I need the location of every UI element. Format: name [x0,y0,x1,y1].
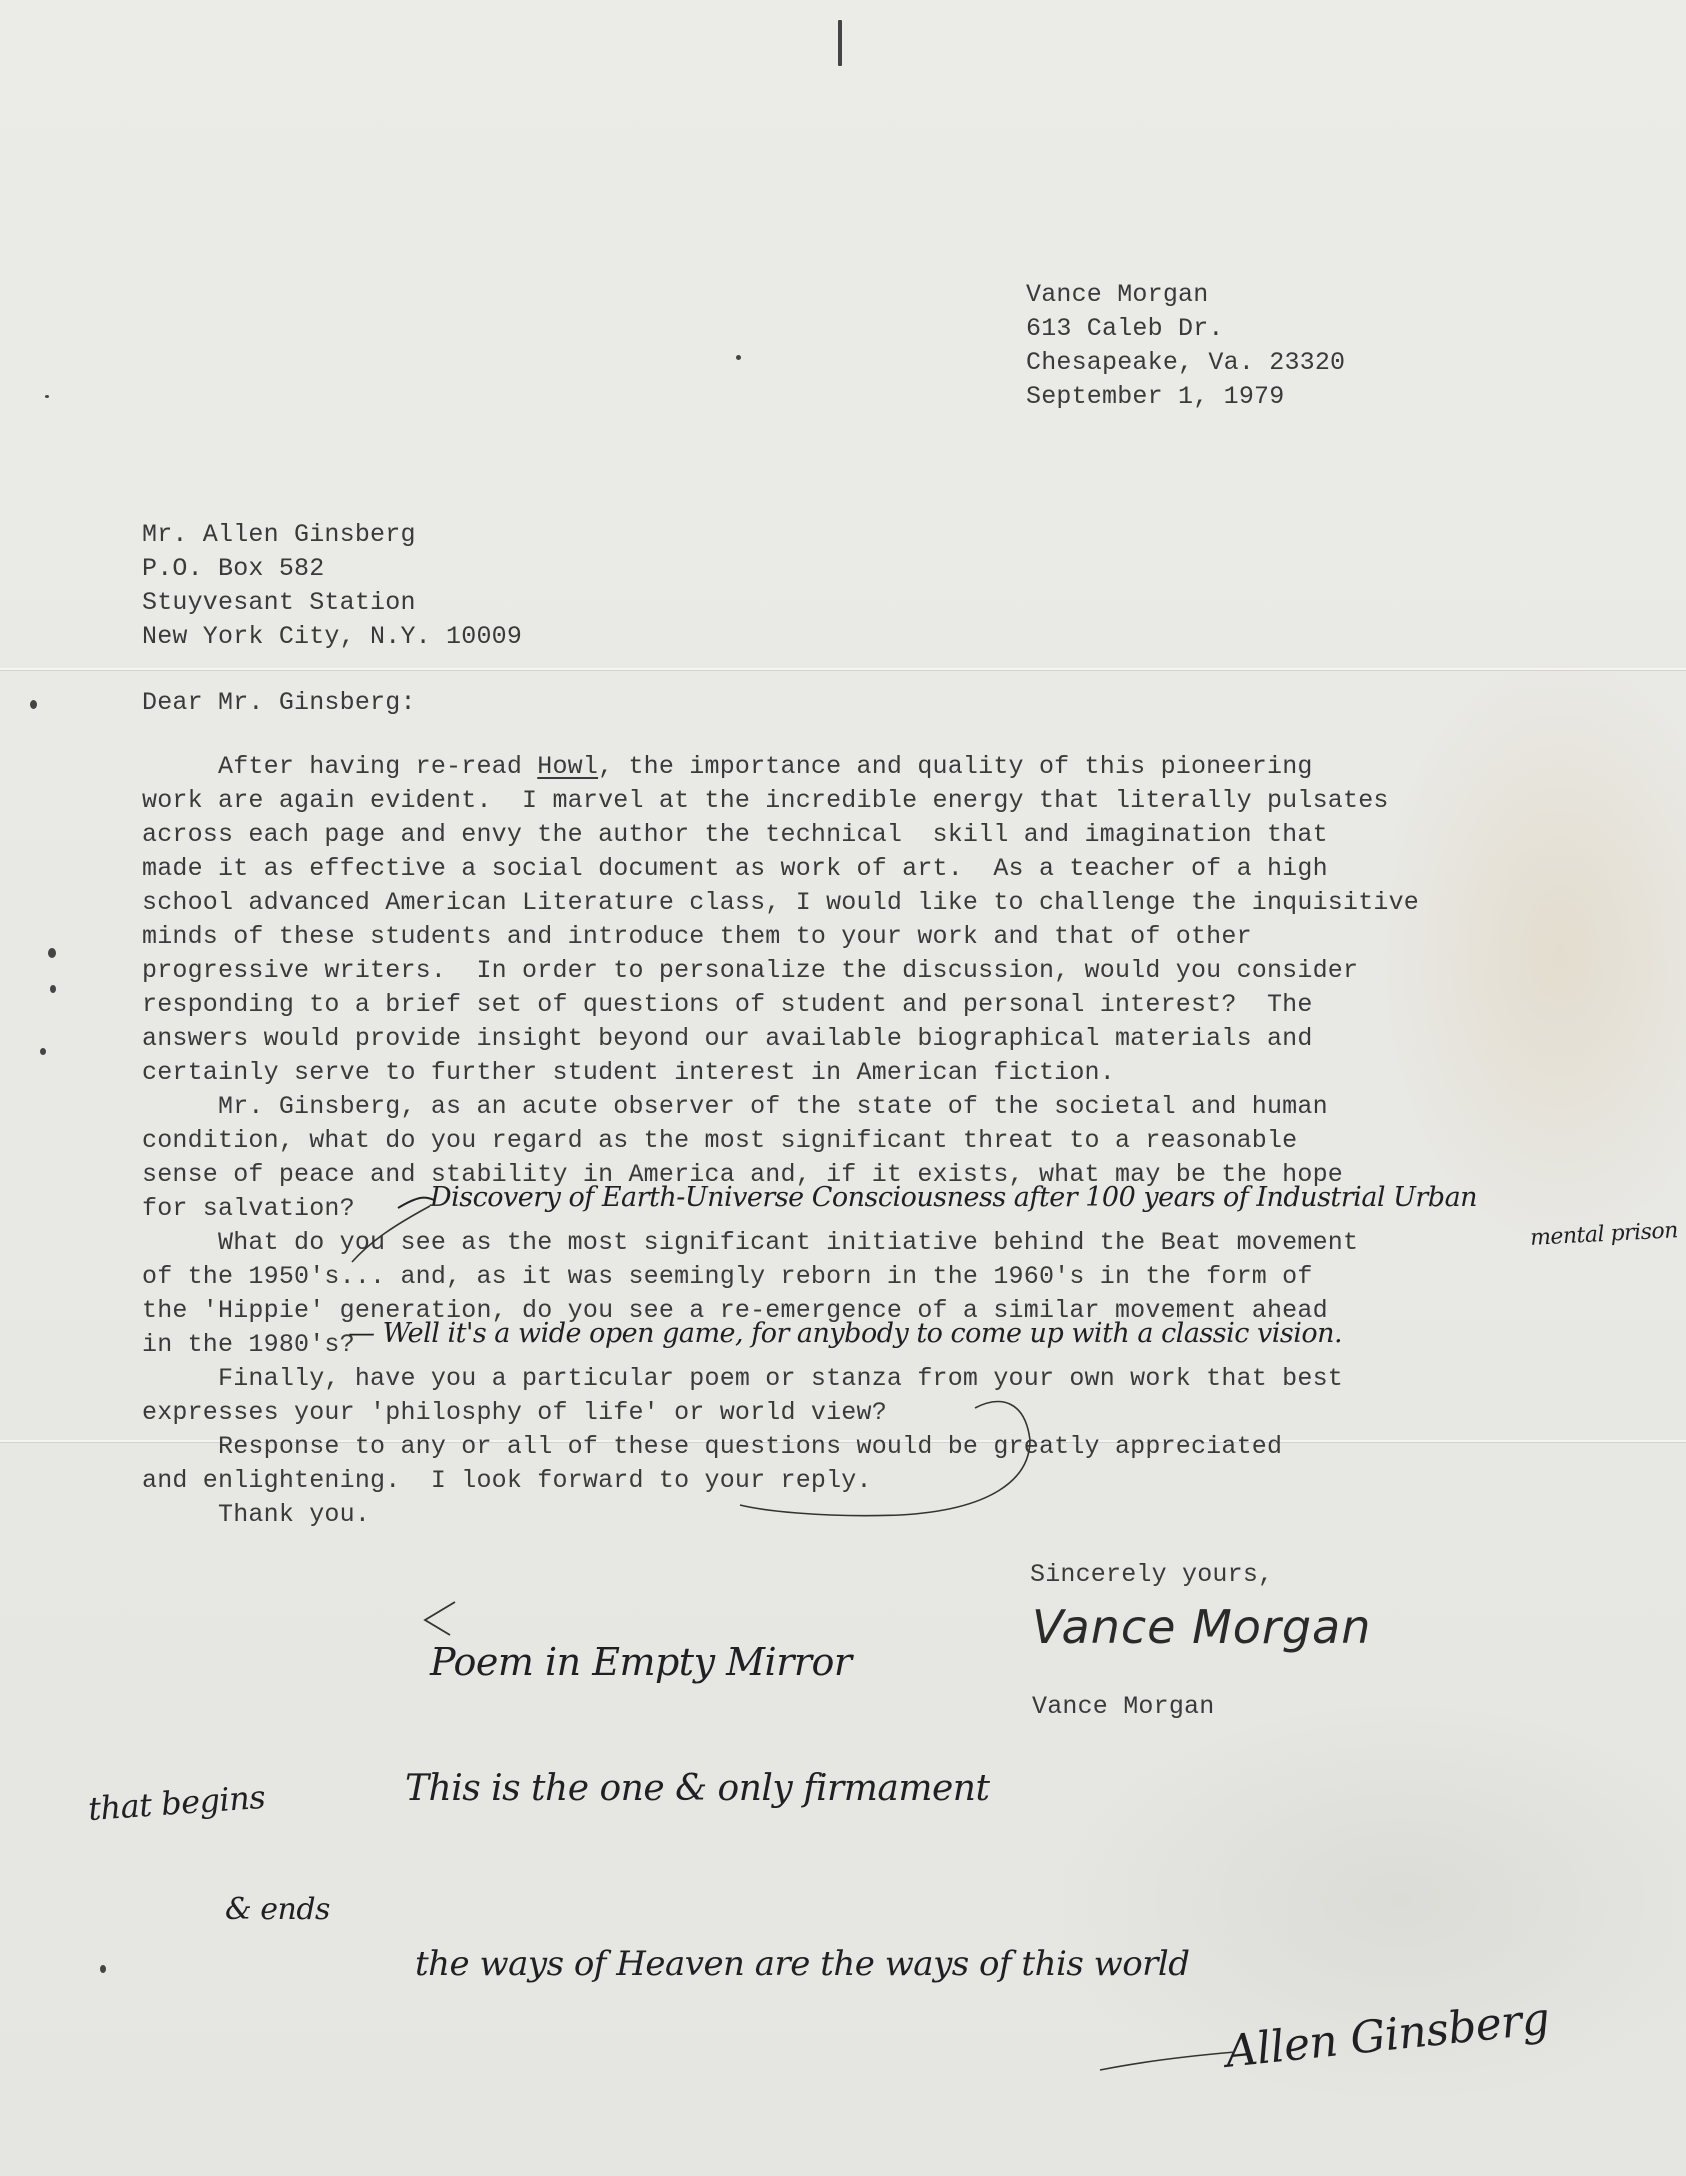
connector-stroke [352,1206,430,1262]
caret-stroke [425,1602,455,1635]
pen-strokes [0,0,1686,2176]
bracket-curve [740,1402,1030,1516]
signature-underline [1100,2052,1235,2070]
